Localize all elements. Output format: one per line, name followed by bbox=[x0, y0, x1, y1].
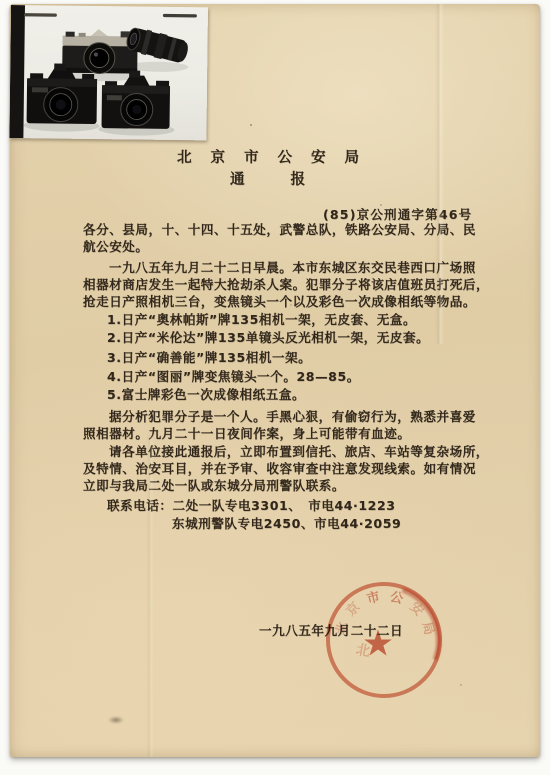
analysis-line: 照相器材。九月二十一日夜间作案，身上可能带有血迹。 bbox=[83, 428, 411, 441]
ink-smudge bbox=[108, 716, 124, 724]
analysis-line: 据分析犯罪分子是一个人。手黑心狠，有偷窃行为，熟悉并喜爱 bbox=[109, 411, 476, 424]
photo-dark-edge bbox=[9, 5, 25, 138]
doc-number: (85)京公刑通字第46号 bbox=[323, 209, 472, 222]
case-summary-line: 相器材商店发生一起特大抢劫杀人案。犯罪分子将该店值班员打死后， bbox=[83, 279, 489, 292]
stolen-item-line: 3.日产“确善能”牌135相机一架。 bbox=[107, 352, 311, 365]
stolen-item-line: 1.日产“奥林帕斯”牌135相机一架，无皮套、无盒。 bbox=[107, 314, 416, 327]
cameras-photo-graphic bbox=[9, 5, 208, 140]
dust-specks bbox=[250, 124, 252, 126]
stolen-item-line: 4.日产“图丽”牌变焦镜头一个。28—85。 bbox=[107, 371, 360, 384]
staple-icon bbox=[24, 13, 57, 17]
case-summary-line: 抢走日产照相机三台，变焦镜头一个以及彩色一次成像相纸等物品。 bbox=[83, 296, 476, 309]
paper-crease bbox=[146, 434, 154, 757]
instruction-line: 立即与我局二处一队或东城分局刑警队联系。 bbox=[83, 480, 345, 493]
recipients-line: 各分、县局，十、十四、十五处，武警总队，铁路公安局、分局、民 bbox=[83, 224, 476, 237]
instruction-line: 及特情、治安耳目，并在予审、收容审查中注意发现线索。如有情况 bbox=[83, 463, 476, 476]
evidence-photo bbox=[9, 5, 208, 140]
camera-1-silver-slr bbox=[62, 29, 138, 74]
notice-document: 北京市公安局 通报 (85)京公刑通字第46号 各分、县局，十、十四、十五处，武… bbox=[10, 4, 540, 757]
official-seal: ★ 北 京 市 公 安 局 北 bbox=[326, 582, 442, 698]
doc-type-title: 通报 bbox=[230, 173, 351, 188]
recipients-line: 航公安处。 bbox=[83, 241, 149, 254]
paper-crease bbox=[435, 4, 444, 344]
stolen-item-line: 5.富士牌彩色一次成像相纸五盒。 bbox=[107, 389, 305, 402]
seal-char: 市 bbox=[366, 591, 382, 607]
case-summary-line: 一九八五年九月二十二日早晨。本市东城区东交民巷西口广场照 bbox=[109, 262, 476, 275]
seal-char-ghost: 北 bbox=[355, 643, 371, 659]
org-title: 北京市公安局 bbox=[177, 151, 378, 166]
contact-line: 东城刑警队专电2450、市电44·2059 bbox=[172, 518, 401, 531]
instruction-line: 请各单位接此通报后，立即布置到信托、旅店、车站等复杂场所， bbox=[109, 446, 489, 459]
staple-icon bbox=[163, 14, 197, 18]
stolen-item-line: 2.日产“米伦达”牌135单镜头反光相机一架，无皮套。 bbox=[107, 332, 429, 345]
